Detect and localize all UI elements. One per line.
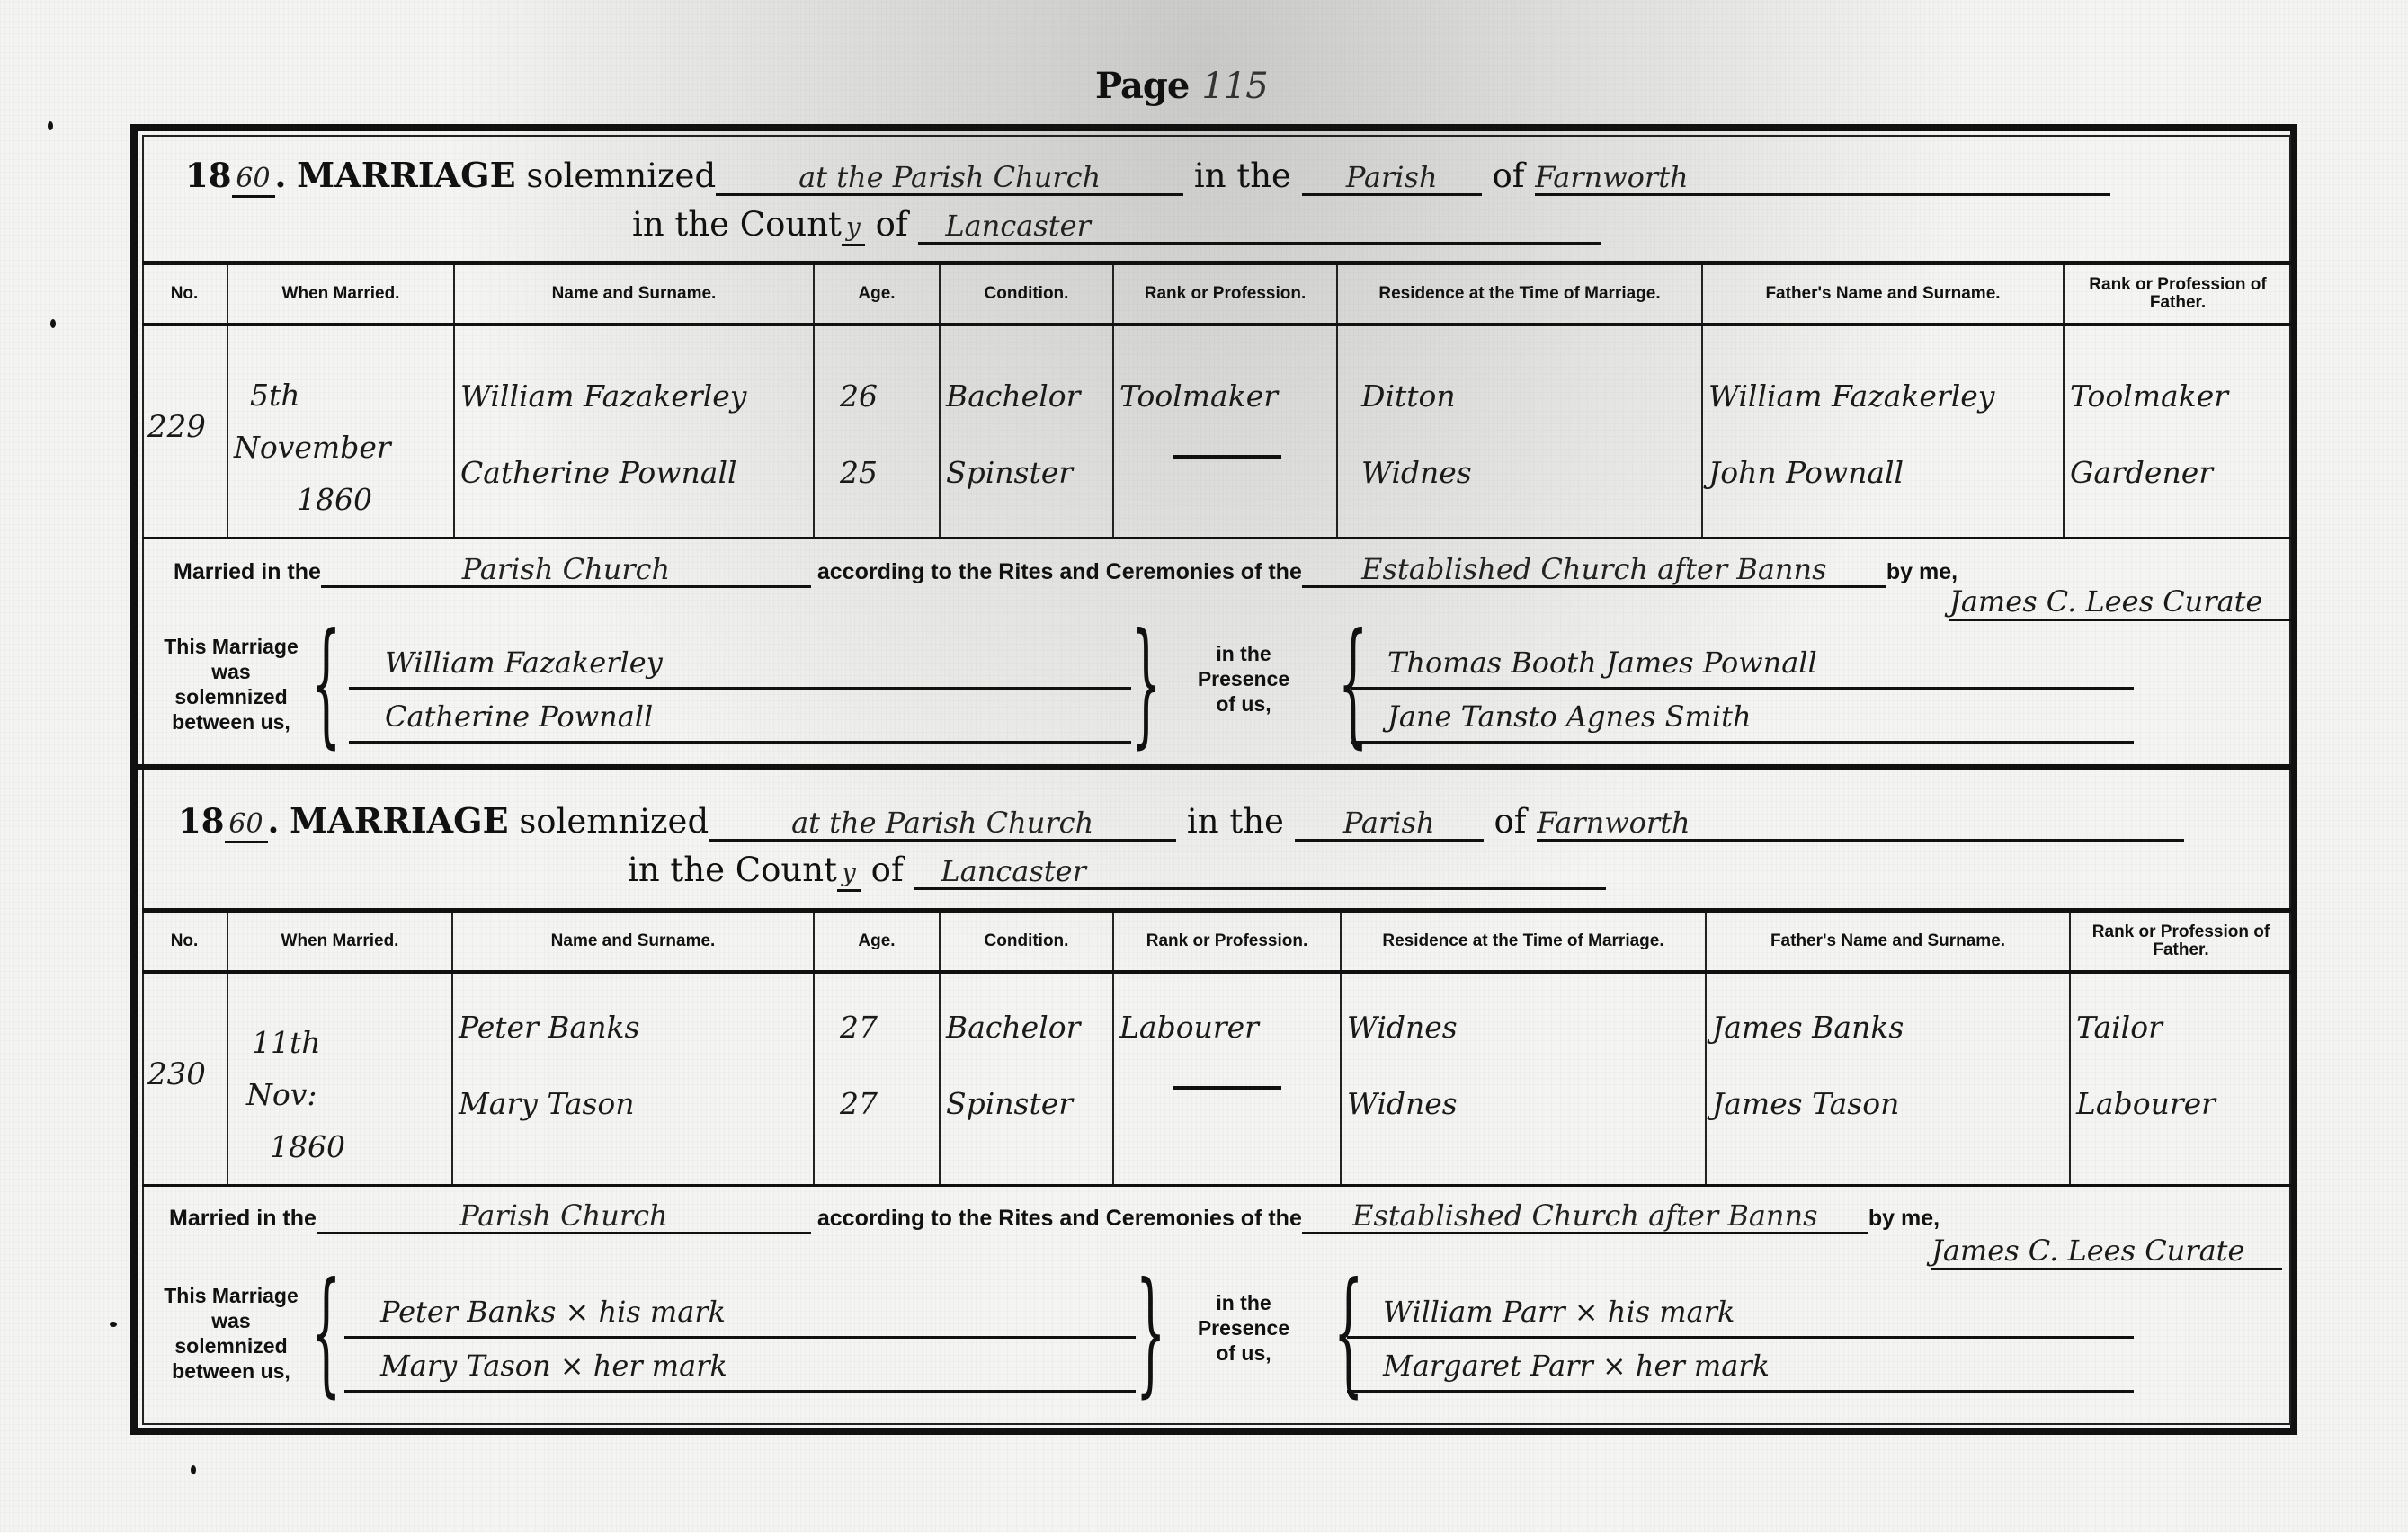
table-row: 230 11th Nov: 1860 Peter Banks Mary Taso… xyxy=(142,972,2291,1186)
bride-age: 27 xyxy=(840,1086,933,1121)
names-cell: Peter Banks Mary Tason xyxy=(452,972,814,1186)
header-father-rank: Rank or Profession of Father. xyxy=(2070,911,2291,972)
profession-cell: Labourer xyxy=(1113,972,1341,1186)
county-suffix: y xyxy=(837,857,861,892)
page-number-header: Page115 xyxy=(1095,65,1268,107)
witness-signatures: William Parr × his mark Margaret Parr × … xyxy=(1347,1285,2134,1393)
rites-text: according to the Rites and Ceremonies of… xyxy=(817,1206,1302,1231)
left-brace-icon: { xyxy=(311,616,341,751)
header-row: No. When Married. Name and Surname. Age.… xyxy=(142,263,2291,325)
parties-signatures: Peter Banks × his mark Mary Tason × her … xyxy=(344,1285,1136,1393)
header-father-rank: Rank or Profession of Father. xyxy=(2064,263,2291,325)
minister-signature: James C. Lees Curate xyxy=(1931,1234,2282,1270)
county-prefix: in the Count xyxy=(628,851,837,889)
entry-title: 1860. MARRIAGE solemnizedat the Parish C… xyxy=(185,155,2110,198)
ink-spot xyxy=(48,121,53,130)
groom-father-profession: Toolmaker xyxy=(2070,379,2286,414)
witness-line-1: Thomas Booth James Pownall xyxy=(1351,636,2134,690)
ink-spot xyxy=(110,1322,117,1327)
date-month: Nov: xyxy=(234,1069,446,1121)
groom-condition: Bachelor xyxy=(946,1010,1107,1045)
header-father-name: Father's Name and Surname. xyxy=(1702,263,2064,325)
bride-residence: Widnes xyxy=(1361,455,1696,490)
left-brace-icon: { xyxy=(311,1265,341,1400)
header-rank: Rank or Profession. xyxy=(1113,911,1341,972)
header-condition: Condition. xyxy=(940,911,1113,972)
by-me-text: by me, xyxy=(1868,1206,1940,1231)
entry-title: 1860. MARRIAGE solemnizedat the Parish C… xyxy=(178,800,2184,843)
header-father-name: Father's Name and Surname. xyxy=(1706,911,2070,972)
year-prefix: 18 xyxy=(178,801,225,841)
groom-residence: Widnes xyxy=(1347,1010,1699,1045)
father-name-cell: William Fazakerley John Pownall xyxy=(1702,325,2064,539)
married-in-place: Parish Church xyxy=(321,553,811,588)
bride-father-name: John Pownall xyxy=(1708,455,2057,490)
rite-field: Established Church after Banns xyxy=(1302,1199,1868,1234)
married-in-prefix: Married in the xyxy=(174,559,321,584)
ages-cell: 27 27 xyxy=(814,972,940,1186)
bride-father-name: James Tason xyxy=(1712,1086,2064,1121)
county-of: of xyxy=(876,205,908,244)
condition-cell: Bachelor Spinster xyxy=(940,325,1113,539)
right-brace-icon: } xyxy=(1131,616,1161,751)
county-name-field: Lancaster xyxy=(918,209,1601,245)
father-rank-cell: Tailor Labourer xyxy=(2070,972,2291,1186)
date-day: 11th xyxy=(234,1017,446,1069)
residence-cell: Widnes Widnes xyxy=(1341,972,1706,1186)
year-suffix: 60 xyxy=(225,808,268,843)
married-in-line: Married in theParish Church according to… xyxy=(169,1199,1940,1234)
right-brace-icon: } xyxy=(1136,1265,1165,1400)
signatures-block: This Marriage was solemnized between us,… xyxy=(142,625,2291,760)
groom-profession: Labourer xyxy=(1119,1010,1334,1045)
parish-name-field: Farnworth xyxy=(1537,806,2184,842)
header-name: Name and Surname. xyxy=(454,263,814,325)
header-residence: Residence at the Time of Marriage. xyxy=(1341,911,1706,972)
bride-name: Catherine Pownall xyxy=(460,455,807,490)
witness-line-1: William Parr × his mark xyxy=(1347,1285,2134,1339)
year-suffix: 60 xyxy=(232,163,275,198)
groom-father-name: James Banks xyxy=(1712,1010,2064,1045)
header-age: Age. xyxy=(814,911,940,972)
residence-cell: Ditton Widnes xyxy=(1337,325,1702,539)
date-year: 1860 xyxy=(234,1121,446,1173)
profession-cell: Toolmaker xyxy=(1113,325,1337,539)
groom-father-profession: Tailor xyxy=(2076,1010,2286,1045)
entry-number: 229 xyxy=(142,325,227,539)
page-label: Page xyxy=(1095,65,1189,107)
date-month: November xyxy=(234,422,448,474)
ages-cell: 26 25 xyxy=(814,325,940,539)
bride-name: Mary Tason xyxy=(459,1086,807,1121)
presence-label: in the Presence of us, xyxy=(1190,641,1298,717)
married-in-line: Married in theParish Church according to… xyxy=(174,553,1958,588)
in-the-word: in the xyxy=(1187,802,1284,841)
header-residence: Residence at the Time of Marriage. xyxy=(1337,263,1702,325)
county-line: in the County of Lancaster xyxy=(632,205,1601,246)
county-suffix: y xyxy=(842,211,865,246)
bride-residence: Widnes xyxy=(1347,1086,1699,1121)
header-age: Age. xyxy=(814,263,940,325)
bride-father-profession: Gardener xyxy=(2070,455,2286,490)
page-number: 115 xyxy=(1201,66,1267,107)
groom-father-name: William Fazakerley xyxy=(1708,379,2057,414)
solemnized-between-label: This Marriage was solemnized between us, xyxy=(155,1283,308,1384)
bride-signature: Catherine Pownall xyxy=(349,690,1131,744)
groom-signature: Peter Banks × his mark xyxy=(344,1285,1136,1339)
groom-residence: Ditton xyxy=(1361,379,1696,414)
minister-signature: James C. Lees Curate xyxy=(1949,584,2291,621)
bride-father-profession: Labourer xyxy=(2076,1086,2286,1121)
header-name: Name and Surname. xyxy=(452,911,814,972)
married-in-prefix: Married in the xyxy=(169,1206,317,1231)
father-name-cell: James Banks James Tason xyxy=(1706,972,2070,1186)
marriage-word: MARRIAGE xyxy=(290,800,508,841)
presence-label: in the Presence of us, xyxy=(1190,1290,1298,1366)
county-prefix: in the Count xyxy=(632,205,842,244)
parish-type-field: Parish xyxy=(1295,806,1484,842)
rite-field: Established Church after Banns xyxy=(1302,553,1886,588)
solemnized-between-label: This Marriage was solemnized between us, xyxy=(155,634,308,735)
register-table: No. When Married. Name and Surname. Age.… xyxy=(142,261,2291,539)
solemnized-word: solemnized xyxy=(526,156,716,195)
groom-profession: Toolmaker xyxy=(1119,379,1331,414)
in-the-word: in the xyxy=(1194,156,1291,195)
married-in-place: Parish Church xyxy=(317,1199,811,1234)
county-of: of xyxy=(871,851,904,889)
names-cell: William Fazakerley Catherine Pownall xyxy=(454,325,814,539)
header-no: No. xyxy=(142,911,227,972)
signatures-block: This Marriage was solemnized between us,… xyxy=(142,1274,2291,1409)
register-table: No. When Married. Name and Surname. Age.… xyxy=(142,908,2291,1187)
entry-number: 230 xyxy=(142,972,227,1186)
groom-signature: William Fazakerley xyxy=(349,636,1131,690)
parties-signatures: William Fazakerley Catherine Pownall xyxy=(349,636,1131,744)
witness-signatures: Thomas Booth James Pownall Jane Tansto A… xyxy=(1351,636,2134,744)
of-word: of xyxy=(1492,156,1524,195)
witness-line-2: Jane Tansto Agnes Smith xyxy=(1351,690,2134,744)
groom-name: William Fazakerley xyxy=(460,379,807,414)
by-me-text: by me, xyxy=(1886,559,1958,584)
marriage-entry-230: 1860. MARRIAGE solemnizedat the Parish C… xyxy=(142,775,2291,1422)
year-prefix: 18 xyxy=(185,156,232,195)
groom-name: Peter Banks xyxy=(459,1010,807,1045)
witness-line-2: Margaret Parr × her mark xyxy=(1347,1339,2134,1393)
bride-signature: Mary Tason × her mark xyxy=(344,1339,1136,1393)
marriage-word: MARRIAGE xyxy=(297,155,515,195)
parish-name-field: Farnworth xyxy=(1535,161,2110,196)
when-married-cell: 11th Nov: 1860 xyxy=(227,972,452,1186)
header-row: No. When Married. Name and Surname. Age.… xyxy=(142,911,2291,972)
bride-age: 25 xyxy=(840,455,933,490)
date-day: 5th xyxy=(234,370,448,422)
groom-age: 27 xyxy=(840,1010,933,1045)
when-married-cell: 5th November 1860 xyxy=(227,325,454,539)
bride-condition: Spinster xyxy=(946,1086,1107,1121)
header-condition: Condition. xyxy=(940,263,1113,325)
date-year: 1860 xyxy=(234,474,448,526)
groom-condition: Bachelor xyxy=(946,379,1107,414)
entry-separator xyxy=(135,764,2293,770)
header-no: No. xyxy=(142,263,227,325)
bride-condition: Spinster xyxy=(946,455,1107,490)
header-when-married: When Married. xyxy=(227,263,454,325)
county-name-field: Lancaster xyxy=(914,855,1606,890)
groom-age: 26 xyxy=(840,379,933,414)
of-word: of xyxy=(1494,802,1526,841)
rites-text: according to the Rites and Ceremonies of… xyxy=(817,559,1302,584)
ink-spot xyxy=(50,319,56,328)
place-field: at the Parish Church xyxy=(709,806,1176,842)
marriage-entry-229: 1860. MARRIAGE solemnizedat the Parish C… xyxy=(142,135,2291,764)
bride-profession-dash xyxy=(1173,1086,1281,1090)
father-rank-cell: Toolmaker Gardener xyxy=(2064,325,2291,539)
solemnized-word: solemnized xyxy=(519,802,709,841)
bride-profession-dash xyxy=(1173,455,1281,459)
header-rank: Rank or Profession. xyxy=(1113,263,1337,325)
county-line: in the County of Lancaster xyxy=(628,851,1606,892)
condition-cell: Bachelor Spinster xyxy=(940,972,1113,1186)
ink-spot xyxy=(191,1465,196,1474)
place-field: at the Parish Church xyxy=(716,161,1183,196)
parish-type-field: Parish xyxy=(1302,161,1482,196)
header-when-married: When Married. xyxy=(227,911,452,972)
table-row: 229 5th November 1860 William Fazakerley… xyxy=(142,325,2291,539)
